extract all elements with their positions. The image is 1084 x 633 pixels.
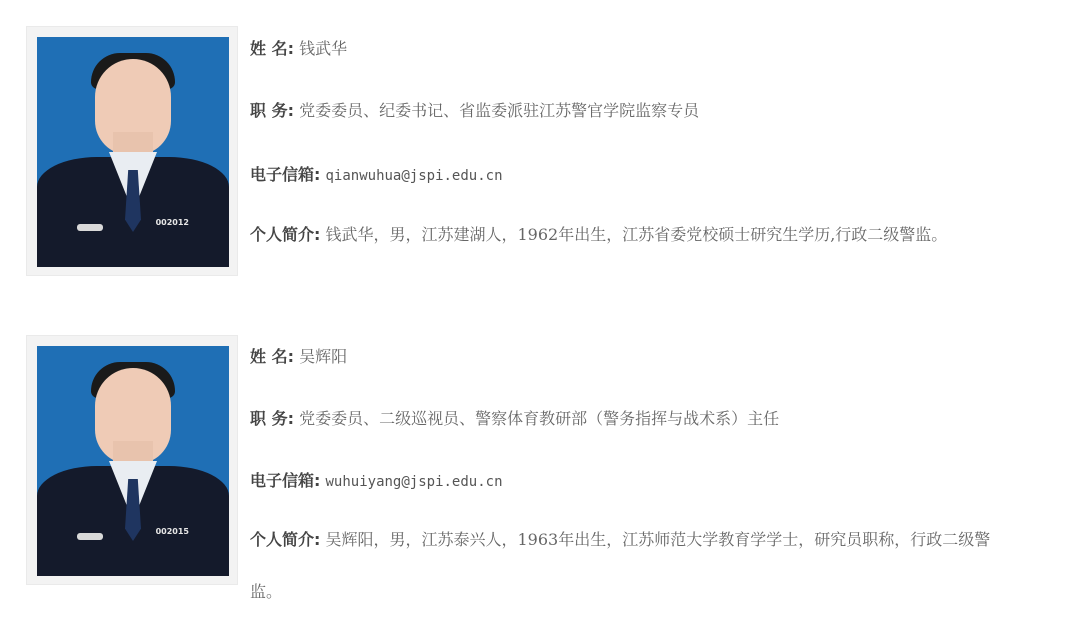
- name-label: 姓 名:: [250, 347, 294, 366]
- intro-row: 个人简介: 钱武华，男，江苏建湖人，1962年出生，江苏省委党校硕士研究生学历,…: [250, 209, 995, 261]
- badge-number: 002015: [156, 527, 189, 536]
- email-label: 电子信箱:: [250, 471, 320, 490]
- intro-value: 钱武华，男，江苏建湖人，1962年出生，江苏省委党校硕士研究生学历,行政二级警监…: [326, 225, 948, 244]
- name-label: 姓 名:: [250, 39, 294, 58]
- badge-number: 002012: [156, 218, 189, 227]
- photo-frame: 002015: [26, 335, 238, 585]
- position-row: 职 务: 党委委员、二级巡视员、警察体育教研部（警务指挥与战术系）主任: [250, 406, 779, 432]
- position-label: 职 务:: [250, 101, 294, 120]
- position-label: 职 务:: [250, 409, 294, 428]
- email-value[interactable]: wuhuiyang@jspi.edu.cn: [326, 474, 503, 490]
- intro-label: 个人简介:: [250, 225, 320, 244]
- email-row: 电子信箱: wuhuiyang@jspi.edu.cn: [250, 468, 503, 495]
- position-value: 党委委员、二级巡视员、警察体育教研部（警务指挥与战术系）主任: [299, 409, 779, 428]
- portrait-photo: 002015: [37, 346, 229, 576]
- police-emblem-icon: [77, 533, 103, 540]
- profile-card: 002012 姓 名: 钱武华 职 务: 党委委员、纪委书记、省监委派驻江苏警官…: [26, 26, 1066, 306]
- profile-card: 002015 姓 名: 吴辉阳 职 务: 党委委员、二级巡视员、警察体育教研部（…: [26, 335, 1066, 625]
- email-value[interactable]: qianwuhua@jspi.edu.cn: [326, 168, 503, 184]
- name-row: 姓 名: 吴辉阳: [250, 344, 347, 370]
- intro-row: 个人简介: 吴辉阳，男，江苏泰兴人，1963年出生，江苏师范大学教育学学士，研究…: [250, 514, 995, 618]
- photo-frame: 002012: [26, 26, 238, 276]
- position-value: 党委委员、纪委书记、省监委派驻江苏警官学院监察专员: [299, 101, 699, 120]
- intro-label: 个人简介:: [250, 530, 320, 549]
- intro-value: 吴辉阳，男，江苏泰兴人，1963年出生，江苏师范大学教育学学士，研究员职称，行政…: [250, 530, 990, 601]
- police-emblem-icon: [77, 224, 103, 231]
- name-value: 钱武华: [299, 39, 347, 58]
- portrait-photo: 002012: [37, 37, 229, 267]
- name-value: 吴辉阳: [299, 347, 347, 366]
- email-label: 电子信箱:: [250, 165, 320, 184]
- email-row: 电子信箱: qianwuhua@jspi.edu.cn: [250, 162, 503, 189]
- name-row: 姓 名: 钱武华: [250, 36, 347, 62]
- position-row: 职 务: 党委委员、纪委书记、省监委派驻江苏警官学院监察专员: [250, 98, 699, 124]
